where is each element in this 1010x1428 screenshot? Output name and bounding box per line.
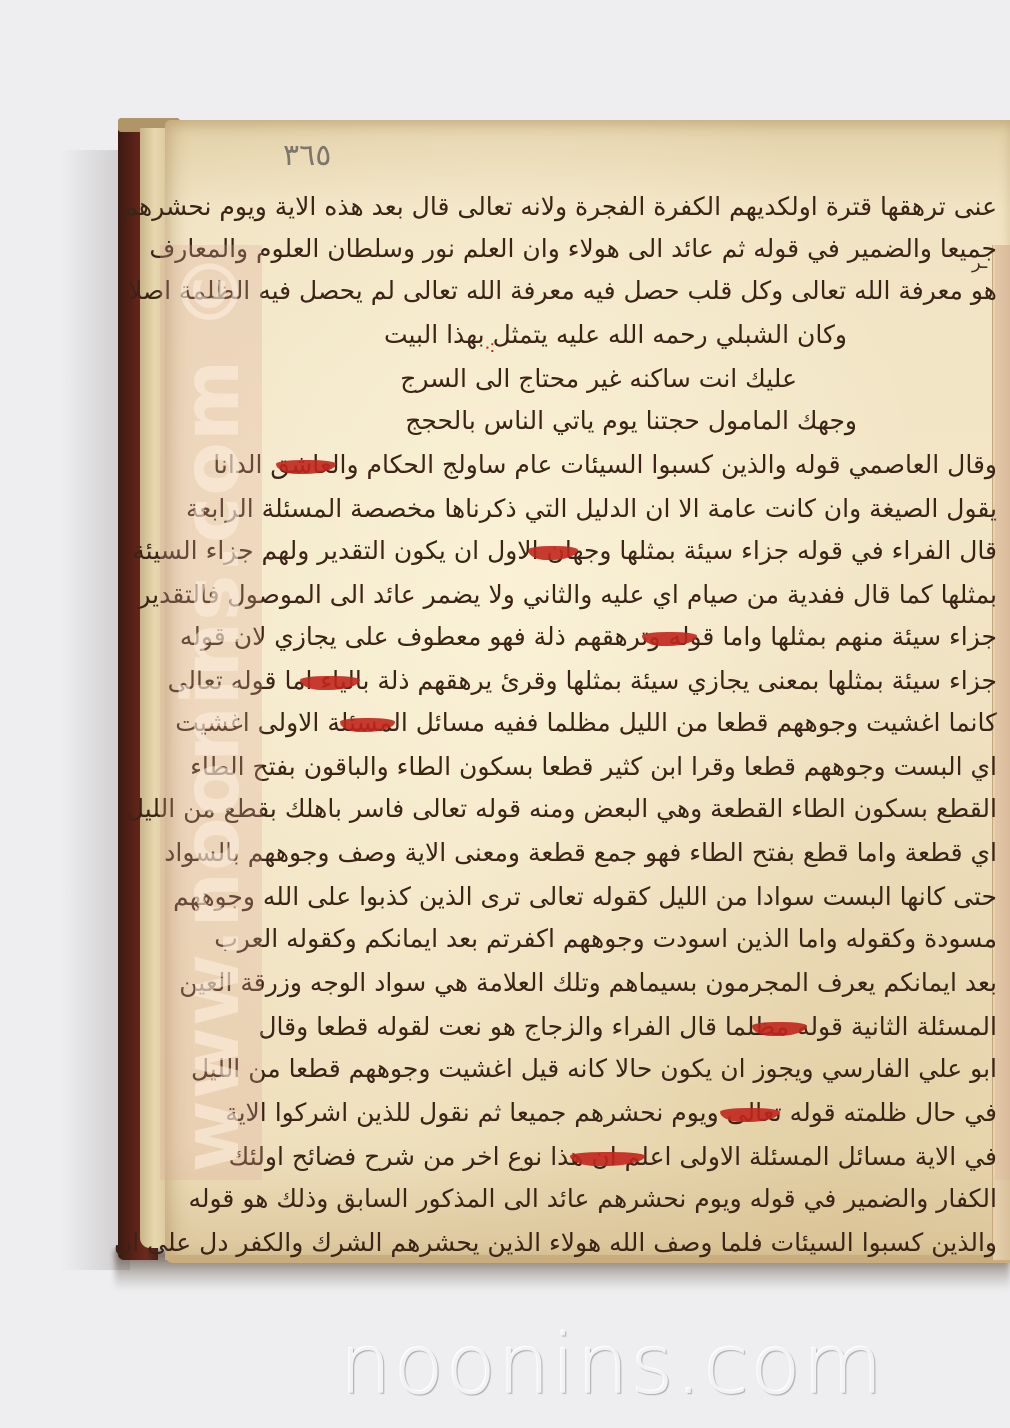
manuscript-line: في حال ظلمته قوله تعالى ويوم نحشرهم جميع… <box>225 1098 997 1127</box>
manuscript-line: اي البست وجوههم قطعا وقرا ابن كثير قطعا … <box>190 752 997 781</box>
manuscript-line: كانما اغشيت وجوههم قطعا من الليل مظلما ف… <box>175 708 997 737</box>
manuscript-line: والذين كسبوا السيئات فلما وصف الله هولاء… <box>114 1228 997 1257</box>
manuscript-line: اي قطعة واما قطع بفتح الطاء فهو جمع قطعة… <box>164 838 997 867</box>
manuscript-line: يقول الصيغة وان كانت عامة الا ان الدليل … <box>186 494 997 523</box>
manuscript-line: الكفار والضمير في قوله ويوم نحشرهم عائد … <box>189 1184 998 1213</box>
manuscript-line: مسودة وكقوله واما الذين اسودت وجوههم اكف… <box>214 924 997 953</box>
manuscript-line: وجهك المامول حجتنا يوم ياتي الناس بالحجج <box>405 406 857 435</box>
manuscript-line: ابو علي الفارسي ويجوز ان يكون حالا كانه … <box>191 1054 997 1083</box>
manuscript-line: وكان الشبلي رحمه الله عليه يتمثل بهذا ال… <box>384 320 847 349</box>
manuscript-line: جميعا والضمير في قوله ثم عائد الى هولاء … <box>149 234 997 263</box>
manuscript-line: عنى ترهقها قترة اولكديهم الكفرة الفجرة و… <box>122 192 997 221</box>
manuscript-line: بمثلها كما قال ففدية من صيام اي عليه وال… <box>138 580 997 609</box>
watermark-bottom-text: noonins.com <box>340 1318 885 1413</box>
manuscript-line: المسئلة الثانية قوله مظلما قال الفراء وا… <box>258 1012 997 1041</box>
manuscript-line: جزاء سيئة بمثلها بمعنى يجازي سيئة بمثلها… <box>168 666 997 695</box>
manuscript-line: بعد ايمانكم يعرف المجرمون بسيماهم وتلك ا… <box>179 968 997 997</box>
watermark-band-right <box>995 245 1010 1180</box>
manuscript-line: حتى كانها البست سوادا من الليل كقوله تعا… <box>173 882 997 911</box>
manuscript-line: عليك انت ساكنه غير محتاج الى السرج <box>400 364 797 393</box>
folio-number: ٣٦٥ <box>283 138 331 173</box>
manuscript-line: جزاء سيئة منهم بمثلها واما قوله وترهقهم … <box>180 622 997 651</box>
red-dots-ornament: ⁖ <box>484 336 496 360</box>
watermark-vertical-text: www.noonins.com © <box>167 252 257 1173</box>
